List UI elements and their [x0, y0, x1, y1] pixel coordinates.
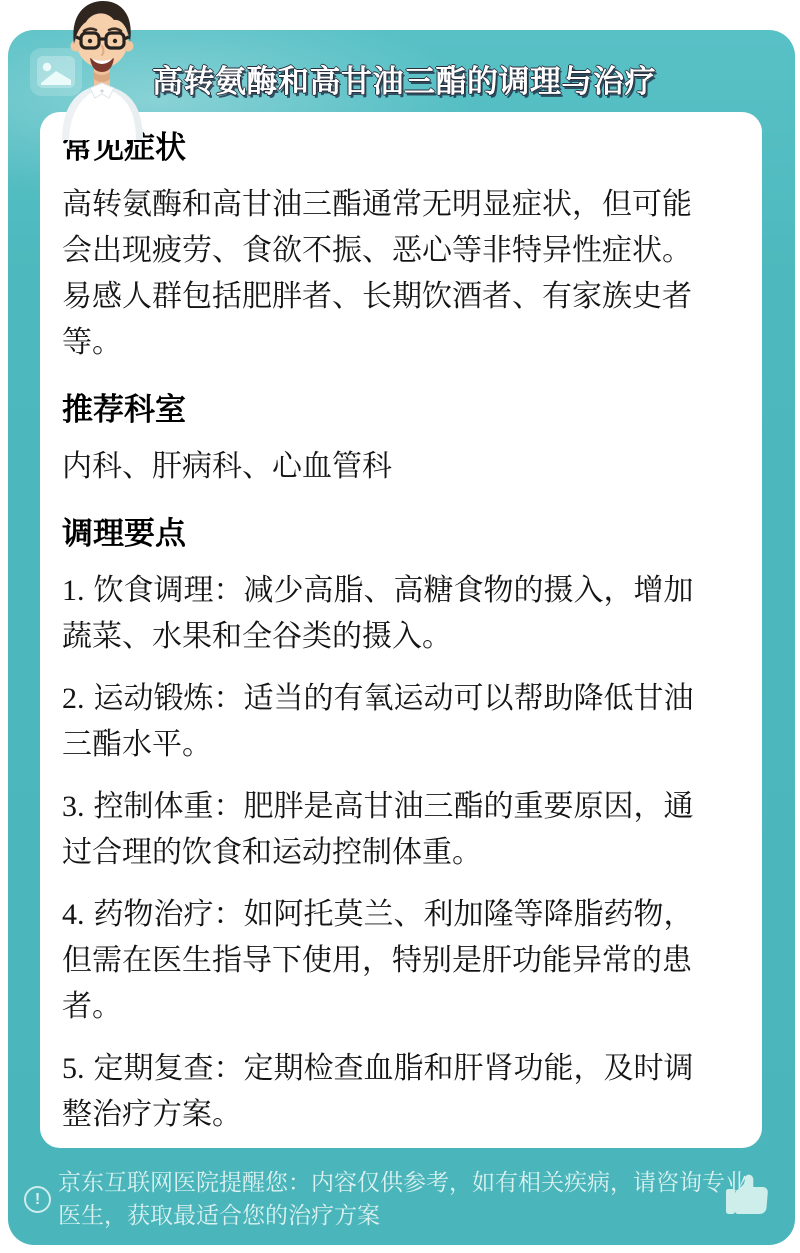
content-card: 常见症状 高转氨酶和高甘油三酯通常无明显症状，但可能会出现疲劳、食欲不振、恶心等… [40, 112, 762, 1148]
thumbs-up-icon[interactable] [720, 1170, 774, 1223]
list-item: 4.药物治疗：如阿托莫兰、利加隆等降脂药物，但需在医生指导下使用，特别是肝功能异… [62, 892, 717, 1030]
page-root: 高转氨酶和高甘油三酯的调理与治疗 常见症状 高转氨酶和高甘油三酯通常无明显症状，… [0, 0, 800, 1253]
section-heading-care-points: 调理要点 [62, 516, 717, 552]
section-heading-symptoms: 常见症状 [62, 130, 717, 166]
doctor-avatar [46, 0, 158, 140]
paragraph-departments: 内科、肝病科、心血管科 [62, 444, 717, 490]
list-item-text: 控制体重：肥胖是高甘油三酯的重要原因，通过合理的饮食和运动控制体重。 [62, 790, 694, 869]
paragraph-symptoms: 高转氨酶和高甘油三酯通常无明显症状，但可能会出现疲劳、食欲不振、恶心等非特异性症… [62, 182, 717, 366]
footer-notice: 京东互联网医院提醒您：内容仅供参考，如有相关疾病，请咨询专业医生，获取最适合您的… [58, 1166, 750, 1232]
list-item-number: 3. [62, 790, 85, 823]
list-item-number: 5. [62, 1052, 85, 1085]
list-item: 1.饮食调理：减少高脂、高糖食物的摄入，增加蔬菜、水果和全谷类的摄入。 [62, 568, 717, 660]
list-item-number: 2. [62, 682, 85, 715]
page-title: 高转氨酶和高甘油三酯的调理与治疗 [152, 56, 656, 101]
list-item: 3.控制体重：肥胖是高甘油三酯的重要原因，通过合理的饮食和运动控制体重。 [62, 784, 717, 876]
list-item-text: 饮食调理：减少高脂、高糖食物的摄入，增加蔬菜、水果和全谷类的摄入。 [62, 574, 694, 653]
list-item: 2.运动锻炼：适当的有氧运动可以帮助降低甘油三酯水平。 [62, 676, 717, 768]
alert-circle-icon: ! [24, 1186, 51, 1213]
list-item-number: 4. [62, 898, 85, 931]
section-heading-departments: 推荐科室 [62, 392, 717, 428]
list-item-number: 1. [62, 574, 85, 607]
list-item-text: 定期复查：定期检查血脂和肝肾功能，及时调整治疗方案。 [62, 1052, 694, 1131]
list-item-text: 运动锻炼：适当的有氧运动可以帮助降低甘油三酯水平。 [62, 682, 694, 761]
list-item: 5.定期复查：定期检查血脂和肝肾功能，及时调整治疗方案。 [62, 1046, 717, 1138]
list-item-text: 药物治疗：如阿托莫兰、利加隆等降脂药物，但需在医生指导下使用，特别是肝功能异常的… [62, 898, 694, 1023]
